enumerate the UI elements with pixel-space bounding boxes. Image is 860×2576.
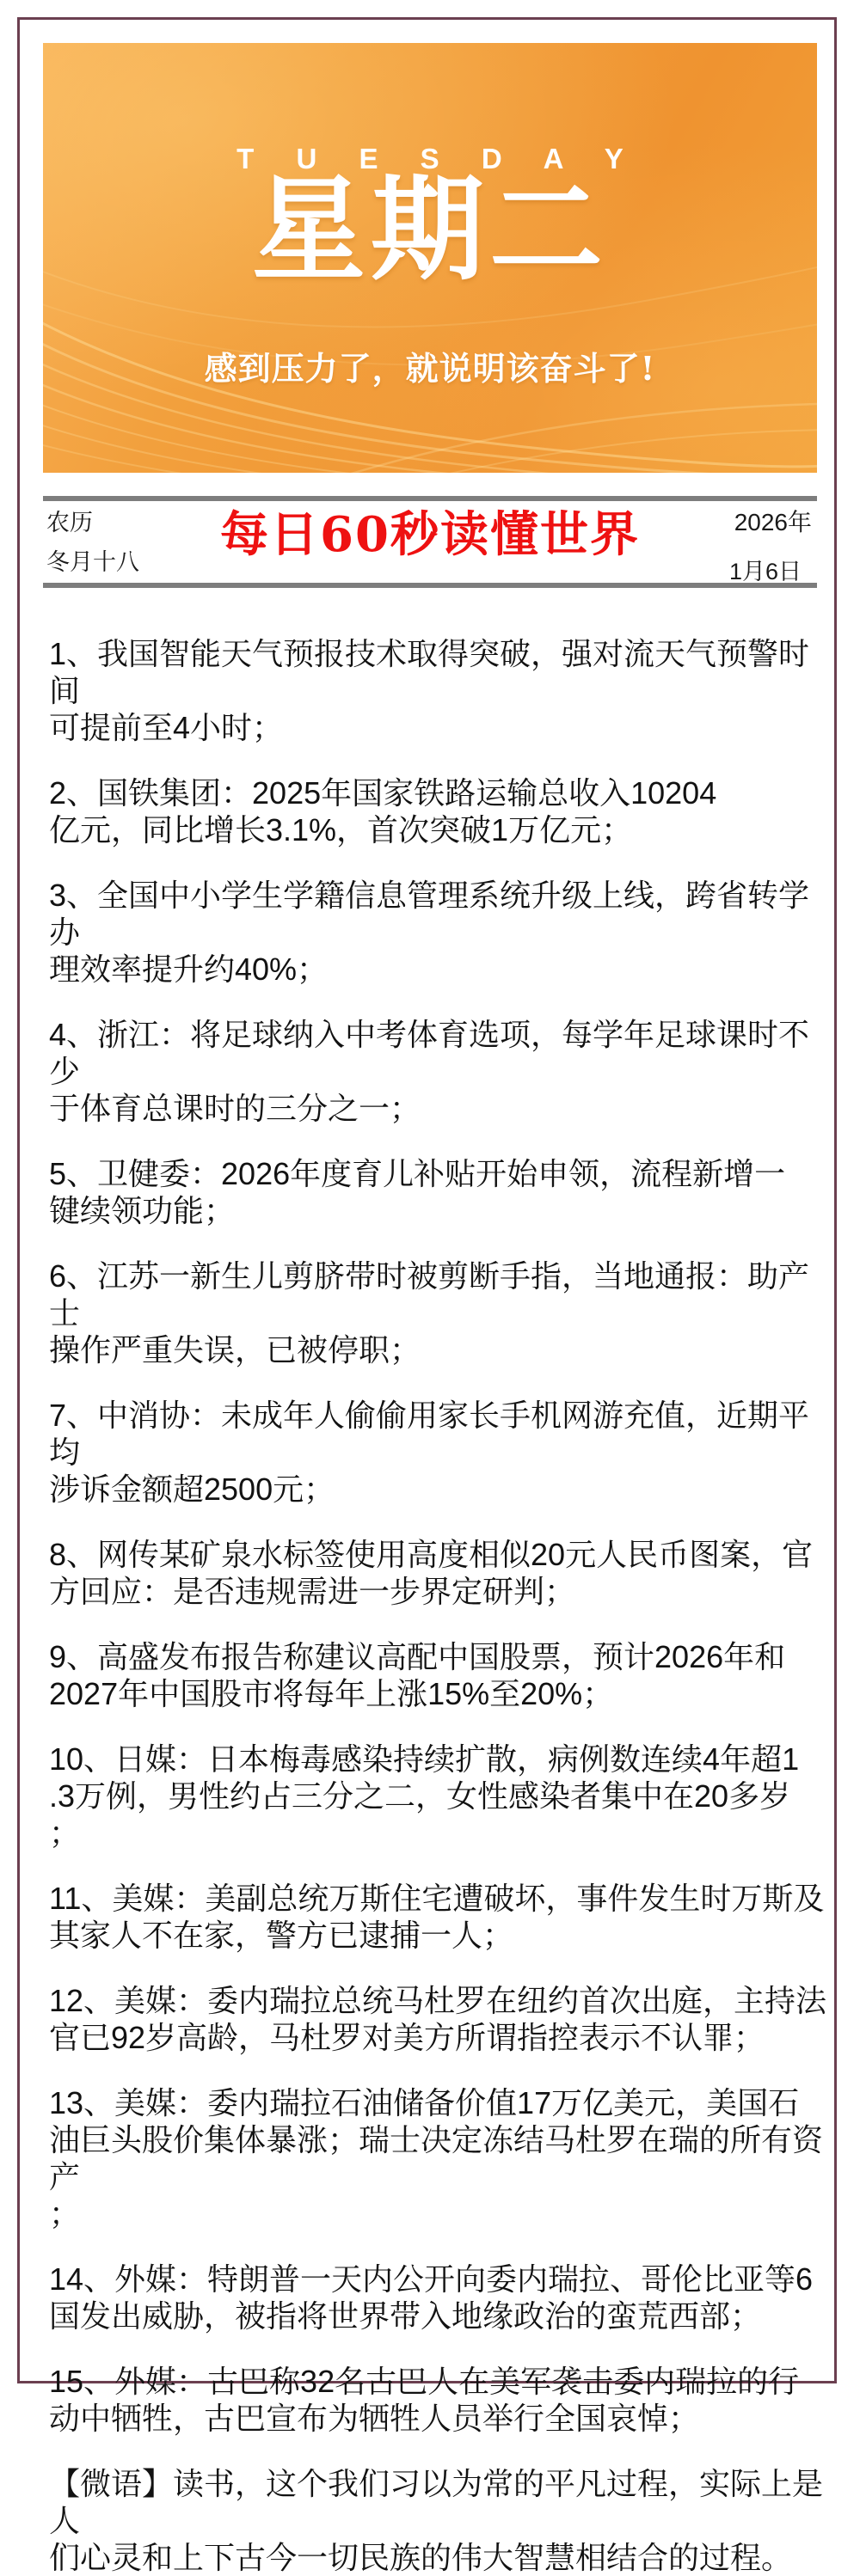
news-item-9: 9、高盛发布报告称建议高配中国股票，预计2026年和 2027年中国股市将每年上… [49,1638,833,1712]
news-item-7: 7、中消协：未成年人偷偷用家长手机网游充值，近期平均 涉诉金额超2500元； [49,1397,833,1508]
divider-top [43,496,817,501]
news-item-8: 8、网传某矿泉水标签使用高度相似20元人民币图案，官 方回应：是否违规需进一步界… [49,1536,833,1610]
news-item-6: 6、江苏一新生儿剪脐带时被剪断手指，当地通报：助产士 操作严重失误，已被停职； [49,1257,833,1368]
news-item-1: 1、我国智能天气预报技术取得突破，强对流天气预警时间 可提前至4小时； [49,635,833,746]
year-label: 2026年 [729,504,812,538]
news-item-4: 4、浙江：将足球纳入中考体育选项，每学年足球课时不少 于体育总课时的三分之一； [49,1016,833,1127]
news-item-10: 10、日媒：日本梅毒感染持续扩散，病例数连续4年超1 .3万例，男性约占三分之二… [49,1741,833,1851]
divider-bottom [43,583,817,588]
date-column: 2026年 1月6日 [729,504,812,586]
date-label: 1月6日 [729,553,812,586]
news-item-14: 14、外媒：特朗普一天内公开向委内瑞拉、哥伦比亚等6 国发出威胁，被指将世界带入… [49,2261,833,2334]
news-item-15: 15、外媒：古巴称32名古巴人在美军袭击委内瑞拉的行 动中牺牲，古巴宣布为牺牲人… [49,2363,833,2437]
daily-title: 每日60秒读懂世界 [43,507,817,562]
weiyu-quote: 【微语】读书，这个我们习以为常的平凡过程，实际上是人 们心灵和上下古今一切民族的… [49,2465,833,2576]
news-item-2: 2、国铁集团：2025年国家铁路运输总收入10204 亿元，同比增长3.1%，首… [49,774,833,848]
news-item-5: 5、卫健委：2026年度育儿补贴开始申领，流程新增一 键续领功能； [49,1155,833,1229]
news-item-3: 3、全国中小学生学籍信息管理系统升级上线，跨省转学办 理效率提升约40%； [49,877,833,988]
news-item-12: 12、美媒：委内瑞拉总统马杜罗在纽约首次出庭，主持法 官已92岁高龄，马杜罗对美… [49,1982,833,2056]
news-list: 1、我国智能天气预报技术取得突破，强对流天气预警时间 可提前至4小时； 2、国铁… [49,635,833,2576]
news-item-13: 13、美媒：委内瑞拉石油储备价值17万亿美元，美国石 油巨头股价集体暴涨；瑞士决… [49,2084,833,2232]
weekday-chinese: 星期二 [43,162,817,299]
banner-slogan: 感到压力了，就说明该奋斗了! [43,342,817,389]
weekday-banner: T U E S D A Y 星期二 感到压力了，就说明该奋斗了! [43,43,817,473]
news-item-11: 11、美媒：美副总统万斯住宅遭破坏，事件发生时万斯及 其家人不在家，警方已逮捕一… [49,1880,833,1954]
